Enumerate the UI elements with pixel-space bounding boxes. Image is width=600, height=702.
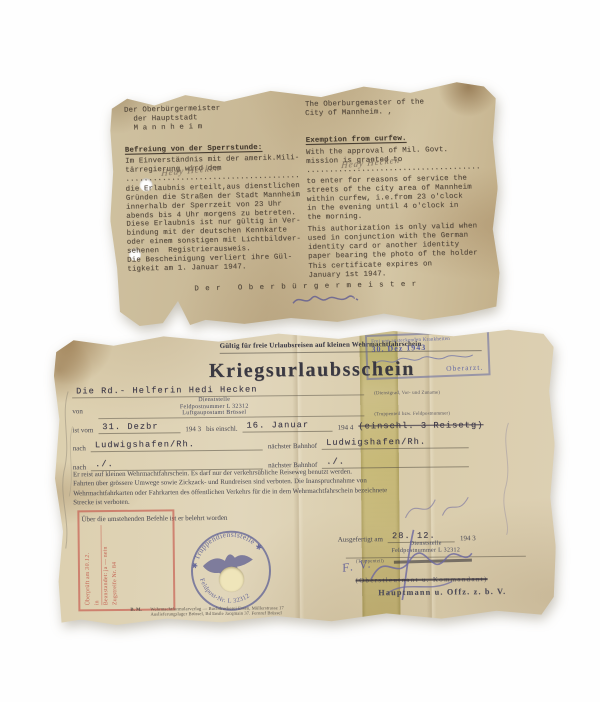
leave-from-year: 194 3 <box>185 425 201 433</box>
unit-row-label: (Truppenteil bzw. Feldpostnummer) <box>374 411 450 417</box>
heading-english: Exemption from curfew. <box>306 135 407 146</box>
body-paragraph-3-english: This certificate expires on January 1st … <box>308 260 432 281</box>
leave-from-date: 31. Dezbr <box>98 421 180 434</box>
control-stamp-handwritten-date: 30.12. <box>85 552 91 570</box>
sender-address-german: Der Oberbürgermeister der Hauptstadt M a… <box>124 105 221 134</box>
body-paragraph-2-english: This authorization is only valid when us… <box>307 222 477 262</box>
dates-row-middle: bis einschl. <box>206 425 238 433</box>
dates-row-prefix: ist vom <box>72 426 93 434</box>
mayor-signature-stamp <box>290 290 360 309</box>
punch-hole <box>219 567 244 592</box>
top-document-paper: Der Oberbürgermeister der Hauptstadt M a… <box>108 79 501 329</box>
train-patrol-control-stamp: Überprüft am 30.12. in Beanstandet: ja —… <box>77 509 175 611</box>
unit-row-prefix: von <box>72 407 83 415</box>
name-row-label: (Dienstgrad, Vor- und Zuname) <box>374 391 440 397</box>
crossed-out-role: (Oberstleutnant u. Kommandant) <box>314 576 529 585</box>
heading-german: Befreiung von der Sperrstunde: <box>125 144 263 156</box>
control-stamp-line4: Zugstreife Nr. 84 <box>110 516 120 605</box>
body-paragraph-1-english: to enter for reasons of service the stre… <box>306 174 472 222</box>
leave-to-year: 194 4 <box>338 423 354 431</box>
signer-role: Hauptmann u. Offz. z. b. V. <box>378 587 506 597</box>
curfew-exemption-document: Der Oberbürgermeister der Hauptstadt M a… <box>110 83 498 325</box>
body-paragraph-3-german: Die Bescheinigung verliert ihre Gül- tig… <box>127 253 292 274</box>
route1-prefix: nach <box>73 444 86 452</box>
body-paragraph-1-german: die Erlaubnis erteilt,aus dienstlichen G… <box>126 182 301 222</box>
route1-station: Ludwigshafen/Rh. <box>322 436 469 450</box>
travel-days-note: (einschl. 3 Reisetg) <box>358 420 483 431</box>
photo-background: Der Oberbürgermeister der Hauptstadt M a… <box>0 0 600 702</box>
sender-address-english: The Oberburgemaster of the City of Mannh… <box>305 98 425 118</box>
imprint-prefix: B. M. <box>130 608 141 613</box>
leave-to-date: 16. Januar <box>242 420 332 433</box>
control-stamp-line2: in <box>94 600 100 605</box>
body-paragraph-2-german: Diese Erlaubnis ist nur gültig in Ver- b… <box>126 217 301 257</box>
route1-destination: Ludwigshafen/Rh. <box>91 438 263 452</box>
document-title: Kriegsurlaubsschein <box>62 356 562 384</box>
kriegsurlaubsschein-document: Gültig für freie Urlaubsreisen auf klein… <box>55 329 555 623</box>
route1-label: nächster Bahnhof <box>268 442 317 451</box>
unit-stamp-text: Dienststelle Feldpostnummer L 32312 Luft… <box>129 396 299 418</box>
control-stamp-line1: Überprüft am <box>85 571 91 605</box>
holder-name-value: Die Rd.- Helferin Hedi Hecken <box>76 384 258 396</box>
printer-imprint: Wehrmachtformularverlag — Buchdruckerei … <box>150 605 284 617</box>
bottom-document-paper: Gültig für freie Urlaubsreisen auf klein… <box>53 326 556 625</box>
